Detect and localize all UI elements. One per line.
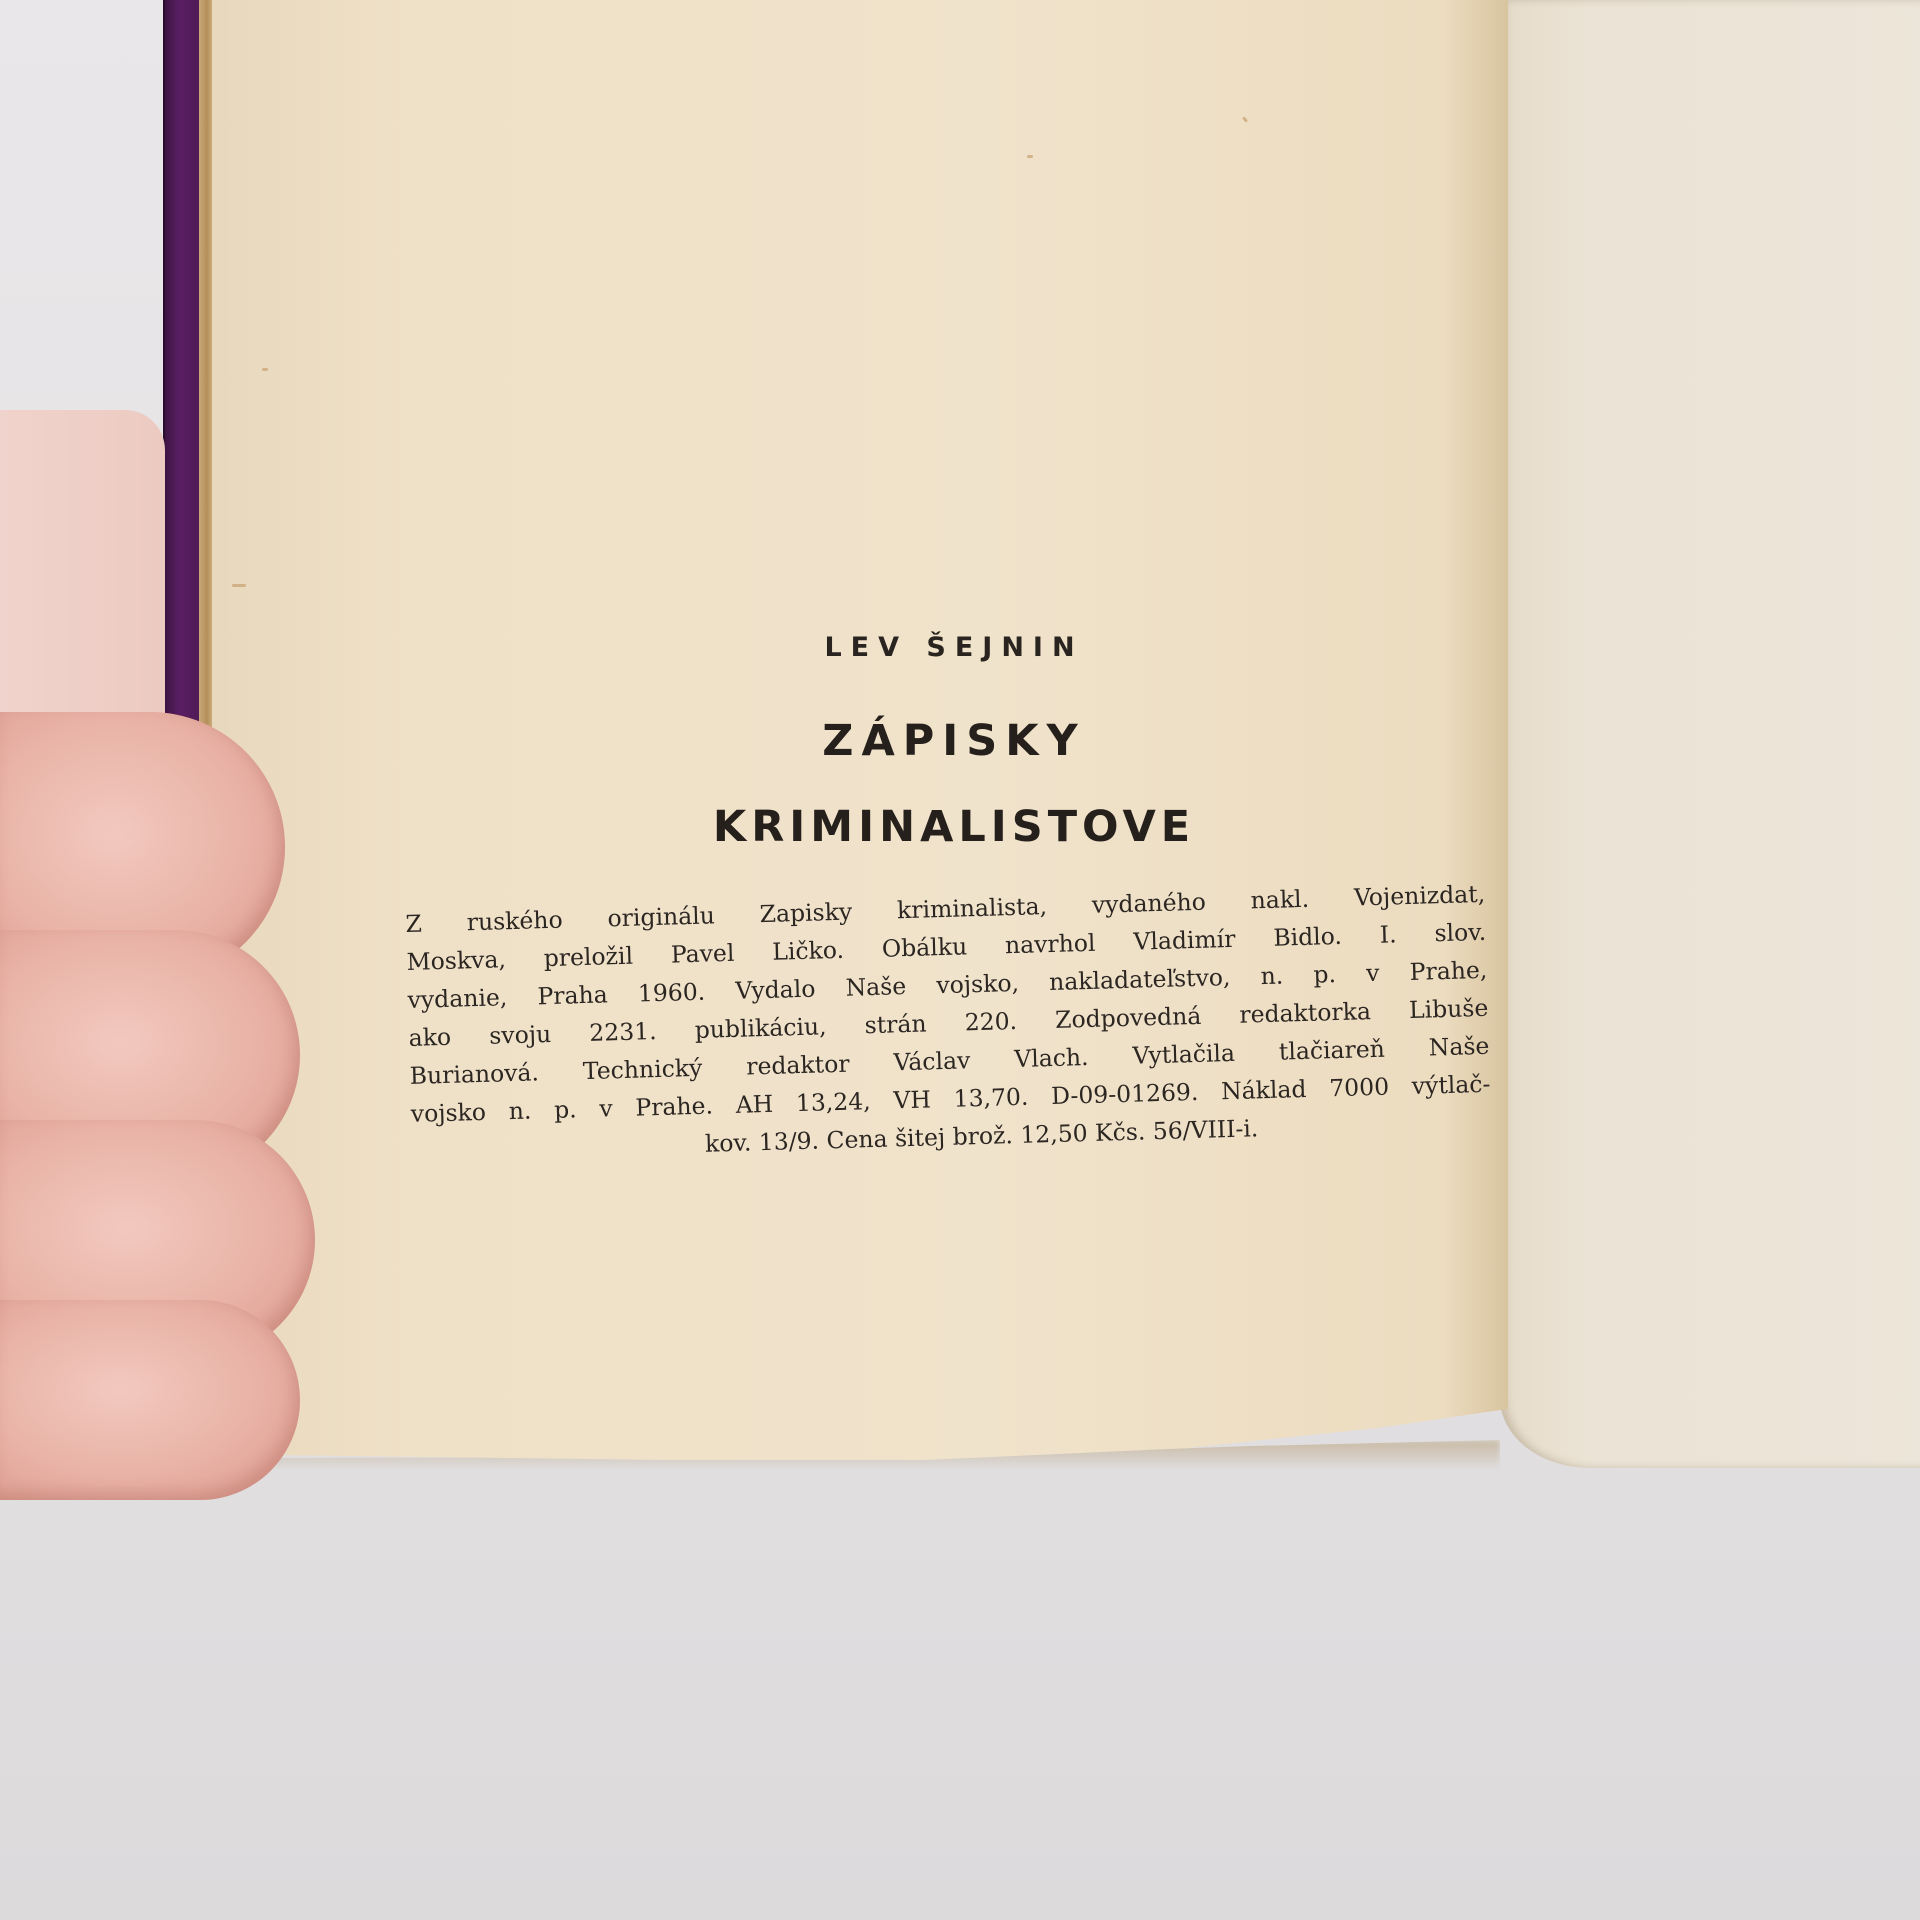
book-title-line-2: KRIMINALISTOVE: [0, 802, 1908, 852]
imprint-paragraph: Z ruského originálu Zapisky kriminalista…: [405, 875, 1492, 1171]
book-title-line-1: ZÁPISKY: [0, 716, 1908, 766]
author-name: LEV ŠEJNIN: [0, 632, 1908, 663]
page-text: LEV ŠEJNIN ZÁPISKY KRIMINALISTOVE Z rusk…: [0, 0, 1920, 1920]
